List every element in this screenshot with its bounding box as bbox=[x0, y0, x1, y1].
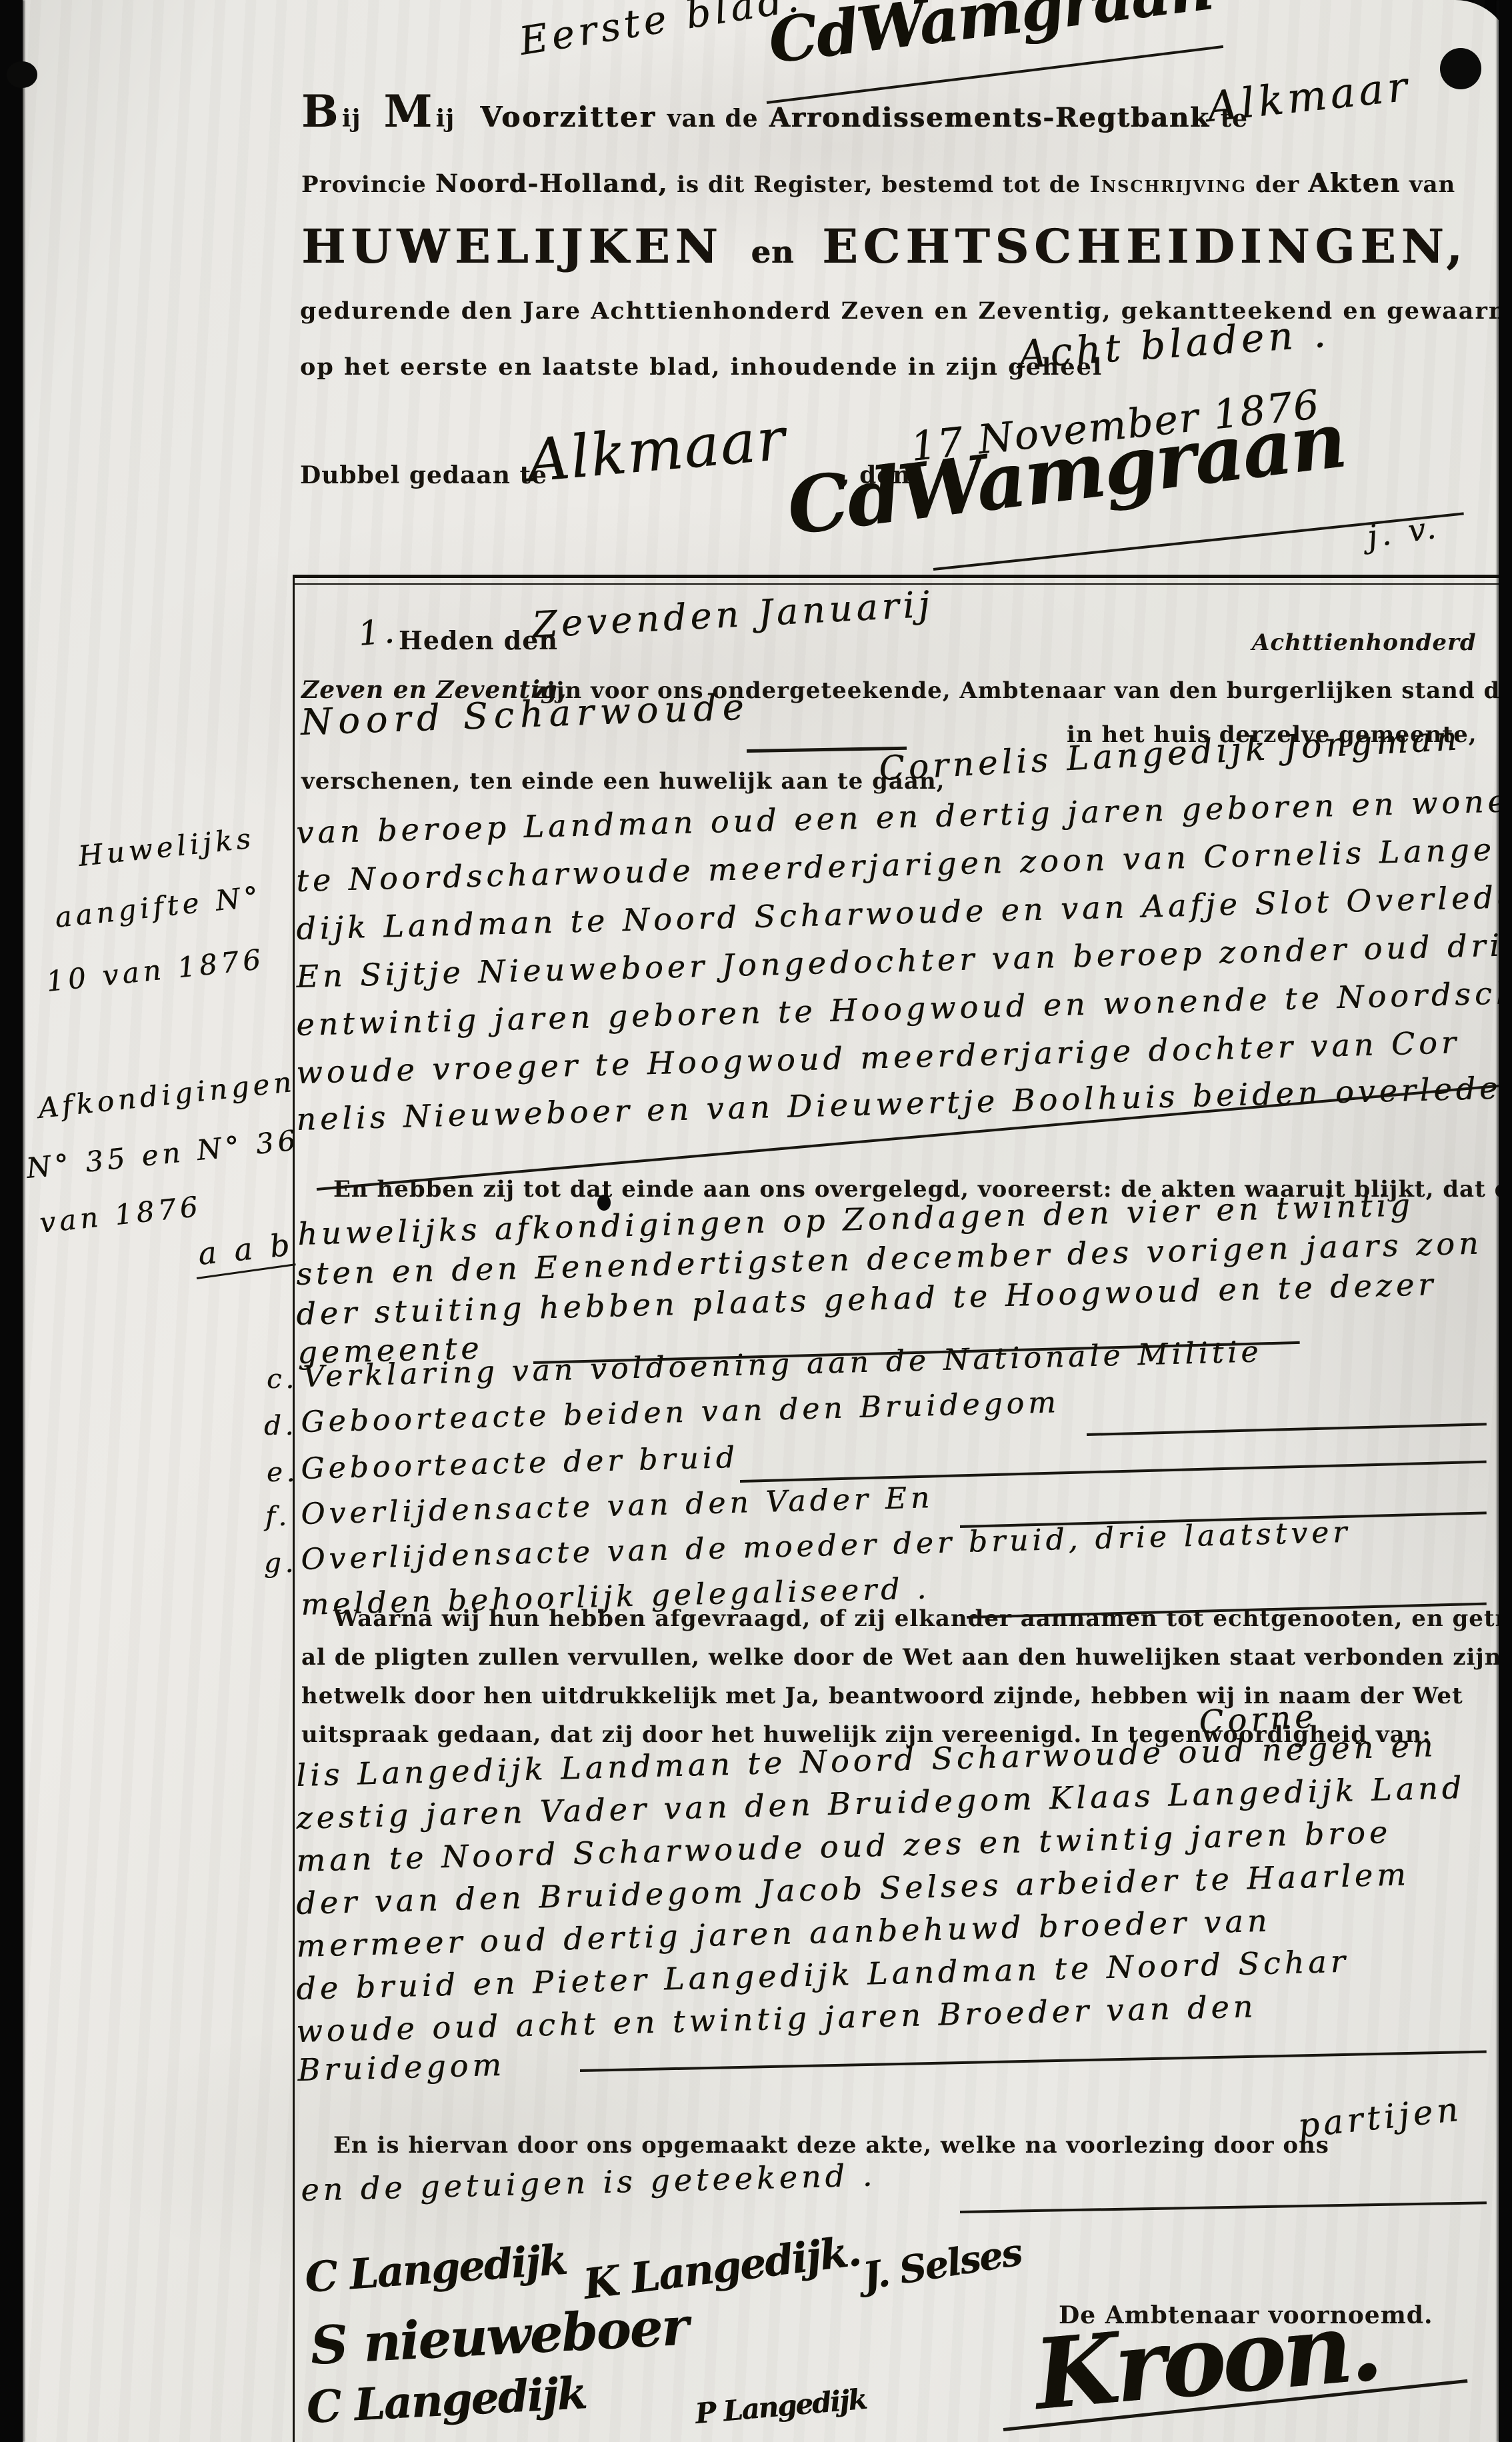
initial-M: M bbox=[384, 85, 433, 137]
act-p3-printed: Waarna wij hun hebben afgevraagd, of zij… bbox=[333, 1605, 1512, 1632]
word-van-de: van de bbox=[667, 105, 759, 133]
ink-blot-small bbox=[597, 1195, 611, 1211]
act-line4: verschenen, ten einde een huwelijk aan t… bbox=[301, 768, 945, 795]
act-achttienhonderd: Achttienhonderd bbox=[1252, 629, 1477, 656]
word-noord-holland: Noord-Holland, bbox=[435, 169, 668, 198]
word-provincie: Provincie bbox=[301, 171, 427, 198]
word-akten: Akten bbox=[1308, 168, 1400, 199]
margin-letter-e: e. bbox=[267, 1457, 299, 1488]
header-line-gedurende: gedurende den Jare Achttienhonderd Zeven… bbox=[300, 297, 1512, 325]
act-p3-hw-bruidegom: Bruidegom bbox=[297, 2047, 506, 2088]
word-register: is dit Register, bestemd tot de bbox=[677, 171, 1081, 198]
word-inschrijving: Inschrijving bbox=[1089, 171, 1247, 198]
word-der: der bbox=[1255, 171, 1299, 198]
margin-letter-g: g. bbox=[264, 1548, 297, 1579]
margin-letter-c: c. bbox=[267, 1364, 298, 1395]
title-en: en bbox=[751, 234, 794, 270]
margin-letter-f: f. bbox=[265, 1501, 291, 1532]
title-huwelijken: HUWELIJKEN bbox=[301, 219, 723, 274]
punch-hole bbox=[1440, 48, 1481, 89]
header-dubbel-gedaan: Dubbel gedaan te bbox=[300, 461, 547, 489]
act-number: 1. bbox=[357, 611, 400, 653]
scanned-register-page: { "header": { "eerste_blad": "Eerste bla… bbox=[0, 0, 1512, 2442]
scan-right-edge bbox=[1499, 0, 1512, 2442]
act-slot-printed: En is hiervan door ons opgemaakt deze ak… bbox=[333, 2132, 1329, 2159]
header-line-provincie: Provincie Noord-Holland, is dit Register… bbox=[301, 168, 1455, 199]
ink-blot bbox=[7, 61, 37, 88]
act-top-rule-thick bbox=[294, 575, 1512, 578]
register-title: HUWELIJKEN en ECHTSCHEIDINGEN, bbox=[301, 219, 1467, 274]
margin-letter-d: d. bbox=[264, 1411, 297, 1441]
word-regtbank: Arrondissements-Regtbank bbox=[769, 102, 1210, 133]
title-echtscheidingen: ECHTSCHEIDINGEN, bbox=[822, 219, 1467, 274]
initial-B-ij: ij bbox=[342, 105, 361, 133]
book-binding-edge bbox=[0, 0, 23, 2442]
initial-B: B bbox=[301, 85, 339, 137]
header-line-op-het: op het eerste en laatste blad, inhoudend… bbox=[300, 353, 1103, 381]
initial-M-ij: ij bbox=[436, 105, 455, 133]
act-p3-printed: al de pligten zullen vervullen, welke do… bbox=[301, 1644, 1511, 1671]
word-voorzitter: Voorzitter bbox=[480, 101, 656, 133]
act-left-rule bbox=[293, 575, 295, 2442]
word-van: van bbox=[1409, 171, 1456, 198]
header-line-voorzitter: Bij Mij Voorzitter van de Arrondissement… bbox=[301, 85, 1248, 137]
